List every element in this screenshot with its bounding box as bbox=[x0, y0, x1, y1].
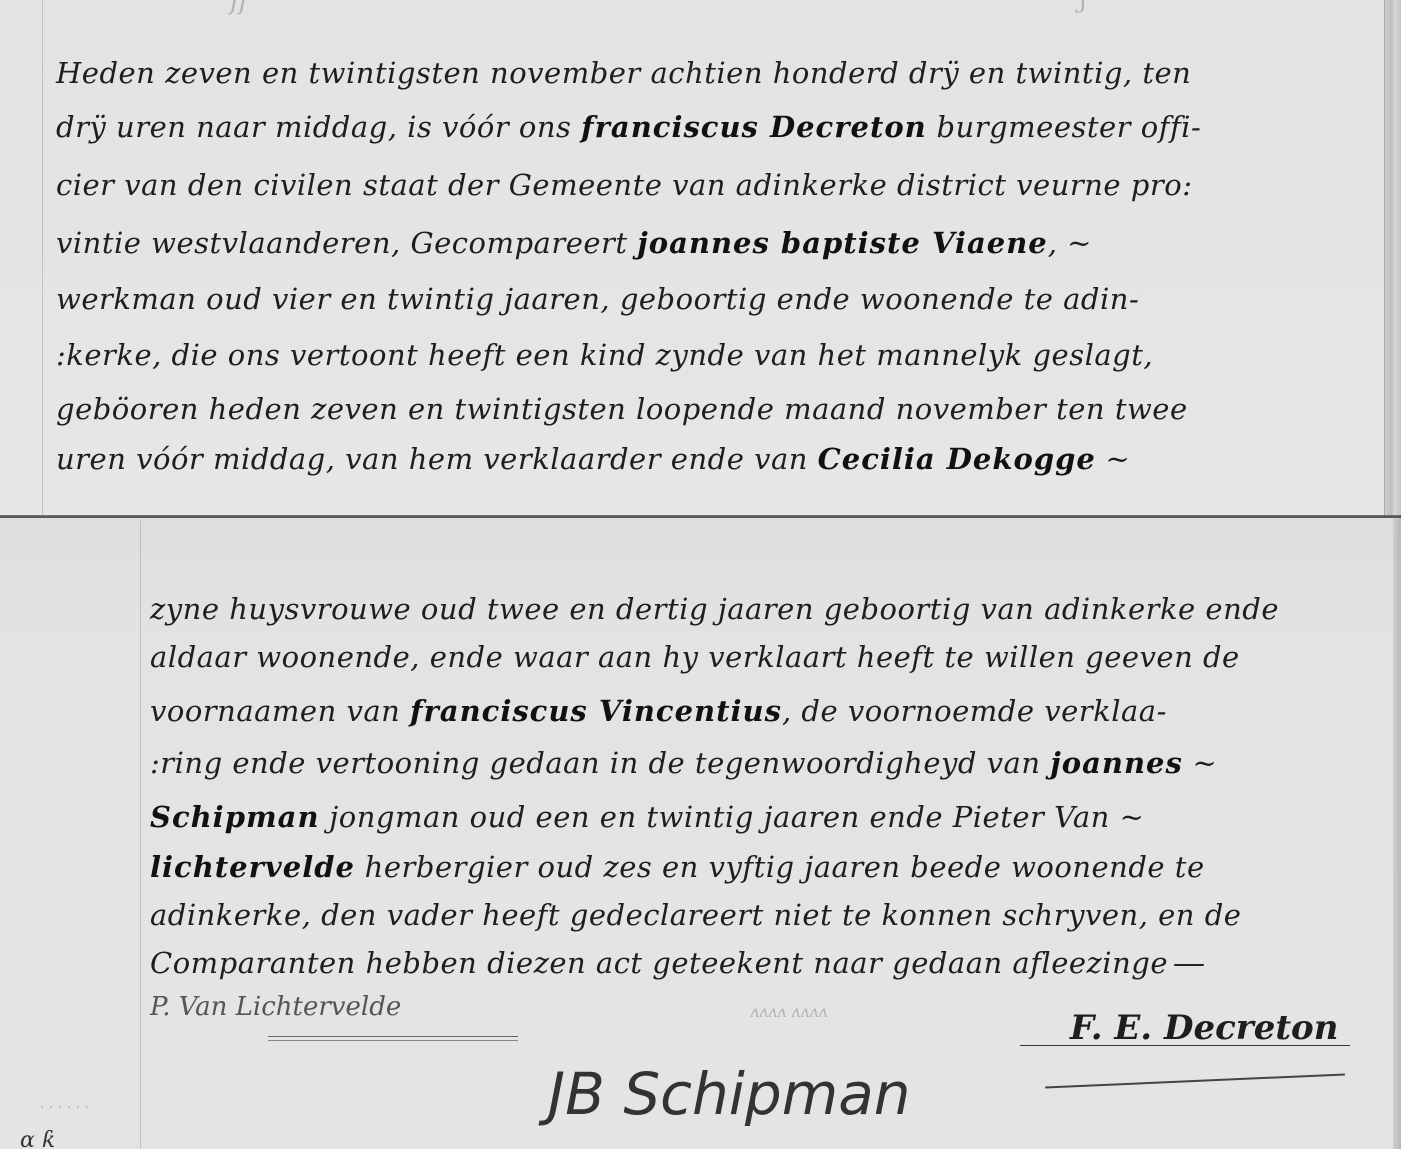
line-text: zyne huysvrouwe oud twee en dertig jaare… bbox=[150, 592, 1279, 626]
line-text: burgmeester offi- bbox=[927, 110, 1202, 144]
bleed-through-mark: ff bbox=[230, 0, 248, 16]
line-text: :ring ende vertooning gedaan in de tegen… bbox=[150, 746, 1050, 780]
record-line-14: lichtervelde herbergier oud zes en vyfti… bbox=[150, 850, 1205, 884]
line-text: geböoren heden zeven en twintigsten loop… bbox=[56, 392, 1188, 426]
record-line-2: drÿ uren naar middag, is vóór ons franci… bbox=[56, 110, 1201, 144]
record-line-12: :ring ende vertooning gedaan in de tegen… bbox=[150, 746, 1217, 780]
record-line-15: adinkerke, den vader heeft gedeclareert … bbox=[150, 898, 1241, 932]
scanned-register-page: ff ʃ Heden zeven en twintigsten november… bbox=[0, 0, 1401, 1149]
child-name: franciscus Vincentius bbox=[410, 694, 782, 728]
line-text: herbergier oud zes en vyftig jaaren beed… bbox=[355, 850, 1205, 884]
margin-rule bbox=[140, 520, 141, 1149]
line-text: Heden zeven en twintigsten november acht… bbox=[56, 56, 1191, 90]
record-line-10: aldaar woonende, ende waar aan hy verkla… bbox=[150, 640, 1240, 674]
bleed-through-mark: ʃ bbox=[1080, 0, 1087, 14]
signature-underline bbox=[268, 1036, 518, 1041]
line-text: , de voornoemde verklaa- bbox=[782, 694, 1167, 728]
line-text: drÿ uren naar middag, is vóór ons bbox=[56, 110, 581, 144]
witness-name: joannes bbox=[1050, 746, 1183, 780]
record-line-9: zyne huysvrouwe oud twee en dertig jaare… bbox=[150, 592, 1279, 626]
line-text: adinkerke, den vader heeft gedeclareert … bbox=[150, 898, 1241, 932]
record-line-13: Schipman jongman oud een en twintig jaar… bbox=[150, 800, 1144, 834]
record-line-11: voornaamen van franciscus Vincentius, de… bbox=[150, 694, 1167, 728]
margin-rule bbox=[42, 0, 43, 515]
top-sheet-upper-record: ff ʃ Heden zeven en twintigsten november… bbox=[0, 0, 1385, 518]
line-text: Comparanten hebben diezen act geteekent … bbox=[150, 946, 1168, 980]
record-line-16: Comparanten hebben diezen act geteekent … bbox=[150, 946, 1204, 980]
line-text: werkman oud vier en twintig jaaren, gebo… bbox=[56, 282, 1139, 316]
line-fill-dash bbox=[1174, 964, 1204, 966]
bleed-through-mark: · · · · · · bbox=[40, 1100, 89, 1116]
line-text: ~ bbox=[1096, 442, 1131, 476]
witness-surname: Schipman bbox=[150, 800, 320, 834]
witness-surname: lichtervelde bbox=[150, 850, 355, 884]
record-line-4: vintie westvlaanderen, Gecompareert joan… bbox=[56, 226, 1092, 260]
book-binding-edge bbox=[1384, 0, 1401, 518]
line-text: voornaamen van bbox=[150, 694, 410, 728]
mother-name: Cecilia Dekogge bbox=[818, 442, 1096, 476]
book-binding-edge-lower bbox=[1393, 518, 1401, 1149]
record-line-7: geböoren heden zeven en twintigsten loop… bbox=[56, 392, 1188, 426]
line-text: :kerke, die ons vertoont heeft een kind … bbox=[56, 338, 1153, 372]
record-line-6: :kerke, die ons vertoont heeft een kind … bbox=[56, 338, 1153, 372]
record-line-5: werkman oud vier en twintig jaaren, gebo… bbox=[56, 282, 1139, 316]
line-text: jongman oud een en twintig jaaren ende P… bbox=[320, 800, 1145, 834]
official-name: franciscus Decreton bbox=[581, 110, 927, 144]
next-record-start-mark: ɑ ƙ bbox=[20, 1128, 55, 1149]
line-text: cier van den civilen staat der Gemeente … bbox=[56, 168, 1192, 202]
father-name: joannes baptiste Viaene bbox=[637, 226, 1047, 260]
signature-witness-schipman: JB Schipman bbox=[548, 1060, 911, 1128]
record-line-1: Heden zeven en twintigsten november acht… bbox=[56, 56, 1191, 90]
signature-official-decreton: F. E. Decreton bbox=[1070, 1008, 1338, 1048]
line-text: , ~ bbox=[1048, 226, 1092, 260]
bleed-through-mark: ʌʌʌʌ ʌʌʌʌ bbox=[750, 1002, 827, 1021]
record-line-8: uren vóór middag, van hem verklaarder en… bbox=[56, 442, 1130, 476]
line-text: vintie westvlaanderen, Gecompareert bbox=[56, 226, 637, 260]
line-text: ~ bbox=[1183, 746, 1218, 780]
record-line-3: cier van den civilen staat der Gemeente … bbox=[56, 168, 1192, 202]
line-text: uren vóór middag, van hem verklaarder en… bbox=[56, 442, 818, 476]
line-text: aldaar woonende, ende waar aan hy verkla… bbox=[150, 640, 1240, 674]
signature-witness-lichtervelde: P. Van Lichtervelde bbox=[150, 992, 401, 1022]
